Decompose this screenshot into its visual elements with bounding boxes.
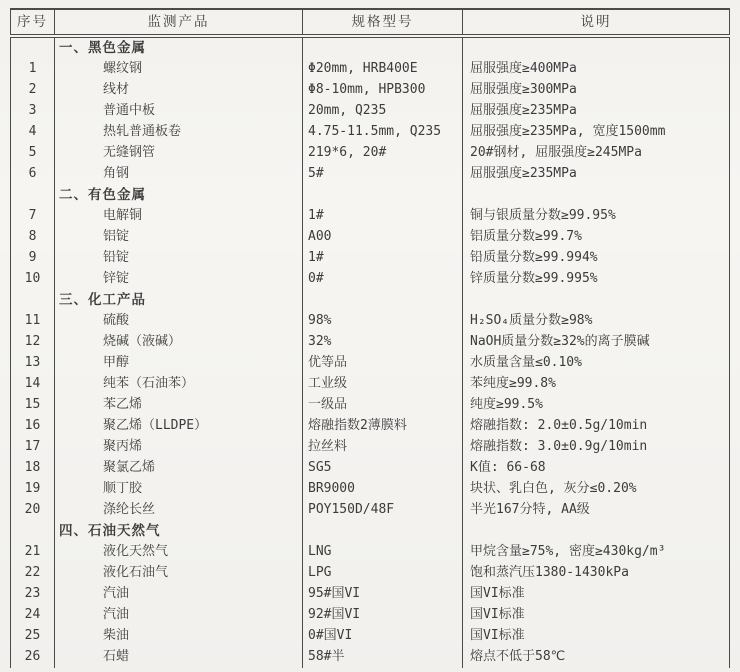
section-row: 二、有色金属 (11, 185, 730, 206)
product-cell: 液化天然气 (55, 542, 303, 563)
product-row: 21 液化天然气 LNG 甲烷含量≥75%, 密度≥430kg/m³ (11, 542, 730, 563)
monitoring-products-table: 序号 监测产品 规格型号 说明 一、黑色金属 1 螺纹钢 Φ20mm, HRB4… (10, 8, 730, 668)
desc-cell: 熔融指数: 2.0±0.5g/10min (463, 416, 730, 437)
product-cell: 二、有色金属 (55, 185, 303, 206)
product-row: 16 聚乙烯（LLDPE） 熔融指数2薄膜料 熔融指数: 2.0±0.5g/10… (11, 416, 730, 437)
product-cell: 角钢 (55, 164, 303, 185)
spec-cell: 优等品 (303, 353, 463, 374)
product-row: 9 铅锭 1# 铅质量分数≥99.994% (11, 248, 730, 269)
desc-cell: 半光167分特, AA级 (463, 500, 730, 521)
product-row: 26 石蜡 58#半 熔点不低于58℃ (11, 647, 730, 668)
desc-cell: 国VI标准 (463, 605, 730, 626)
spec-cell: POY150D/48F (303, 500, 463, 521)
desc-cell (463, 185, 730, 206)
serial-cell: 12 (11, 332, 55, 353)
spec-cell: 98% (303, 311, 463, 332)
serial-cell: 20 (11, 500, 55, 521)
product-row: 2 线材 Φ8-10mm, HPB300 屈服强度≥300MPa (11, 80, 730, 101)
desc-cell: H₂SO₄质量分数≥98% (463, 311, 730, 332)
spec-cell: 0#国VI (303, 626, 463, 647)
serial-cell: 3 (11, 101, 55, 122)
product-cell: 苯乙烯 (55, 395, 303, 416)
spec-cell: 95#国VI (303, 584, 463, 605)
product-row: 7 电解铜 1# 铜与银质量分数≥99.95% (11, 206, 730, 227)
serial-cell (11, 521, 55, 542)
product-cell: 硫酸 (55, 311, 303, 332)
product-cell: 电解铜 (55, 206, 303, 227)
serial-cell: 6 (11, 164, 55, 185)
product-cell: 一、黑色金属 (55, 36, 303, 59)
spec-cell: Φ20mm, HRB400E (303, 59, 463, 80)
desc-cell: 屈服强度≥235MPa (463, 101, 730, 122)
spec-cell: 1# (303, 248, 463, 269)
table-body: 一、黑色金属 1 螺纹钢 Φ20mm, HRB400E 屈服强度≥400MPa … (11, 36, 730, 668)
desc-cell: 国VI标准 (463, 584, 730, 605)
product-row: 13 甲醇 优等品 水质量含量≤0.10% (11, 353, 730, 374)
spec-cell: 20mm, Q235 (303, 101, 463, 122)
product-row: 11 硫酸 98% H₂SO₄质量分数≥98% (11, 311, 730, 332)
product-cell: 汽油 (55, 584, 303, 605)
desc-cell: 饱和蒸汽压1380-1430kPa (463, 563, 730, 584)
desc-cell: 屈服强度≥235MPa, 宽度1500mm (463, 122, 730, 143)
column-header-product: 监测产品 (55, 9, 303, 36)
product-cell: 柴油 (55, 626, 303, 647)
product-row: 19 顺丁胶 BR9000 块状、乳白色, 灰分≤0.20% (11, 479, 730, 500)
desc-cell: 屈服强度≥300MPa (463, 80, 730, 101)
serial-cell: 23 (11, 584, 55, 605)
spec-cell: 92#国VI (303, 605, 463, 626)
spec-cell: 4.75-11.5mm, Q235 (303, 122, 463, 143)
spec-cell: LNG (303, 542, 463, 563)
serial-cell: 18 (11, 458, 55, 479)
spec-cell: Φ8-10mm, HPB300 (303, 80, 463, 101)
desc-cell: 水质量含量≤0.10% (463, 353, 730, 374)
column-header-serial: 序号 (11, 9, 55, 36)
product-cell: 顺丁胶 (55, 479, 303, 500)
product-row: 1 螺纹钢 Φ20mm, HRB400E 屈服强度≥400MPa (11, 59, 730, 80)
serial-cell: 8 (11, 227, 55, 248)
spec-cell: A00 (303, 227, 463, 248)
product-cell: 热轧普通板卷 (55, 122, 303, 143)
product-cell: 无缝钢管 (55, 143, 303, 164)
product-cell: 聚乙烯（LLDPE） (55, 416, 303, 437)
serial-cell: 22 (11, 563, 55, 584)
spec-cell: 熔融指数2薄膜料 (303, 416, 463, 437)
product-row: 24 汽油 92#国VI 国VI标准 (11, 605, 730, 626)
desc-cell: 国VI标准 (463, 626, 730, 647)
desc-cell: 铜与银质量分数≥99.95% (463, 206, 730, 227)
serial-cell: 10 (11, 269, 55, 290)
product-row: 22 液化石油气 LPG 饱和蒸汽压1380-1430kPa (11, 563, 730, 584)
serial-cell: 2 (11, 80, 55, 101)
product-cell: 螺纹钢 (55, 59, 303, 80)
serial-cell: 19 (11, 479, 55, 500)
product-row: 20 涤纶长丝 POY150D/48F 半光167分特, AA级 (11, 500, 730, 521)
desc-cell: 熔点不低于58℃ (463, 647, 730, 668)
serial-cell: 25 (11, 626, 55, 647)
column-header-spec: 规格型号 (303, 9, 463, 36)
product-row: 4 热轧普通板卷 4.75-11.5mm, Q235 屈服强度≥235MPa, … (11, 122, 730, 143)
column-header-desc: 说明 (463, 9, 730, 36)
serial-cell: 16 (11, 416, 55, 437)
product-cell: 锌锭 (55, 269, 303, 290)
product-row: 5 无缝钢管 219*6, 20# 20#钢材, 屈服强度≥245MPa (11, 143, 730, 164)
desc-cell (463, 36, 730, 59)
spec-cell: SG5 (303, 458, 463, 479)
serial-cell: 26 (11, 647, 55, 668)
desc-cell: 熔融指数: 3.0±0.9g/10min (463, 437, 730, 458)
spec-cell: 0# (303, 269, 463, 290)
desc-cell: 甲烷含量≥75%, 密度≥430kg/m³ (463, 542, 730, 563)
serial-cell: 9 (11, 248, 55, 269)
product-cell: 铝锭 (55, 227, 303, 248)
section-row: 三、化工产品 (11, 290, 730, 311)
serial-cell: 17 (11, 437, 55, 458)
desc-cell: 屈服强度≥235MPa (463, 164, 730, 185)
spec-cell: BR9000 (303, 479, 463, 500)
product-row: 15 苯乙烯 一级品 纯度≥99.5% (11, 395, 730, 416)
section-row: 一、黑色金属 (11, 36, 730, 59)
serial-cell (11, 290, 55, 311)
product-cell: 聚氯乙烯 (55, 458, 303, 479)
desc-cell: 屈服强度≥400MPa (463, 59, 730, 80)
serial-cell (11, 185, 55, 206)
product-cell: 涤纶长丝 (55, 500, 303, 521)
desc-cell: 铅质量分数≥99.994% (463, 248, 730, 269)
product-cell: 烧碱（液碱） (55, 332, 303, 353)
product-cell: 三、化工产品 (55, 290, 303, 311)
product-cell: 汽油 (55, 605, 303, 626)
serial-cell: 24 (11, 605, 55, 626)
desc-cell: 锌质量分数≥99.995% (463, 269, 730, 290)
serial-cell: 11 (11, 311, 55, 332)
serial-cell (11, 36, 55, 59)
spec-cell: 58#半 (303, 647, 463, 668)
product-cell: 线材 (55, 80, 303, 101)
desc-cell: 块状、乳白色, 灰分≤0.20% (463, 479, 730, 500)
product-row: 6 角钢 5# 屈服强度≥235MPa (11, 164, 730, 185)
spec-cell: 32% (303, 332, 463, 353)
product-cell: 铅锭 (55, 248, 303, 269)
spec-cell: 工业级 (303, 374, 463, 395)
section-row: 四、石油天然气 (11, 521, 730, 542)
spec-cell: 一级品 (303, 395, 463, 416)
product-row: 25 柴油 0#国VI 国VI标准 (11, 626, 730, 647)
spec-cell (303, 185, 463, 206)
product-cell: 纯苯（石油苯） (55, 374, 303, 395)
serial-cell: 15 (11, 395, 55, 416)
spec-cell: 拉丝料 (303, 437, 463, 458)
product-row: 3 普通中板 20mm, Q235 屈服强度≥235MPa (11, 101, 730, 122)
product-cell: 聚丙烯 (55, 437, 303, 458)
product-row: 12 烧碱（液碱） 32% NaOH质量分数≥32%的离子膜碱 (11, 332, 730, 353)
product-row: 10 锌锭 0# 锌质量分数≥99.995% (11, 269, 730, 290)
product-cell: 石蜡 (55, 647, 303, 668)
desc-cell: 纯度≥99.5% (463, 395, 730, 416)
product-row: 17 聚丙烯 拉丝料 熔融指数: 3.0±0.9g/10min (11, 437, 730, 458)
serial-cell: 7 (11, 206, 55, 227)
serial-cell: 5 (11, 143, 55, 164)
table-header-row: 序号 监测产品 规格型号 说明 (11, 9, 730, 36)
scanned-document-page: 序号 监测产品 规格型号 说明 一、黑色金属 1 螺纹钢 Φ20mm, HRB4… (0, 0, 740, 672)
serial-cell: 21 (11, 542, 55, 563)
product-row: 23 汽油 95#国VI 国VI标准 (11, 584, 730, 605)
product-row: 8 铝锭 A00 铝质量分数≥99.7% (11, 227, 730, 248)
product-row: 14 纯苯（石油苯） 工业级 苯纯度≥99.8% (11, 374, 730, 395)
desc-cell: 苯纯度≥99.8% (463, 374, 730, 395)
spec-cell (303, 290, 463, 311)
desc-cell: 铝质量分数≥99.7% (463, 227, 730, 248)
product-cell: 四、石油天然气 (55, 521, 303, 542)
spec-cell: 219*6, 20# (303, 143, 463, 164)
desc-cell: NaOH质量分数≥32%的离子膜碱 (463, 332, 730, 353)
serial-cell: 13 (11, 353, 55, 374)
product-row: 18 聚氯乙烯 SG5 K值: 66-68 (11, 458, 730, 479)
product-cell: 普通中板 (55, 101, 303, 122)
desc-cell: K值: 66-68 (463, 458, 730, 479)
spec-cell (303, 36, 463, 59)
spec-cell: 1# (303, 206, 463, 227)
desc-cell: 20#钢材, 屈服强度≥245MPa (463, 143, 730, 164)
serial-cell: 14 (11, 374, 55, 395)
product-cell: 甲醇 (55, 353, 303, 374)
product-cell: 液化石油气 (55, 563, 303, 584)
desc-cell (463, 290, 730, 311)
spec-cell: LPG (303, 563, 463, 584)
desc-cell (463, 521, 730, 542)
serial-cell: 4 (11, 122, 55, 143)
spec-cell: 5# (303, 164, 463, 185)
serial-cell: 1 (11, 59, 55, 80)
spec-cell (303, 521, 463, 542)
